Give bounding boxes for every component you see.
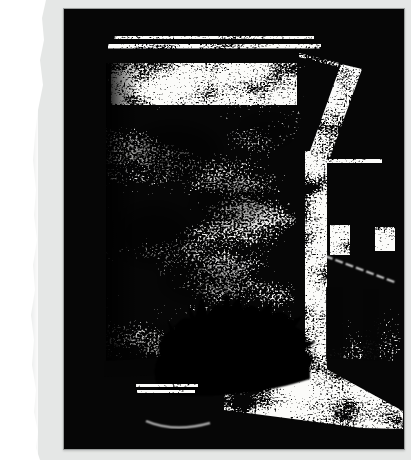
glass-reflection-patches	[327, 221, 397, 265]
window-photograph	[63, 8, 405, 450]
pot-body	[140, 396, 192, 424]
pot-rim-highlight	[136, 384, 198, 387]
glass-reflection-top	[336, 70, 370, 116]
pot-rim-highlight-lower	[137, 390, 195, 393]
window-photo-canvas	[64, 9, 404, 449]
page	[0, 0, 411, 460]
